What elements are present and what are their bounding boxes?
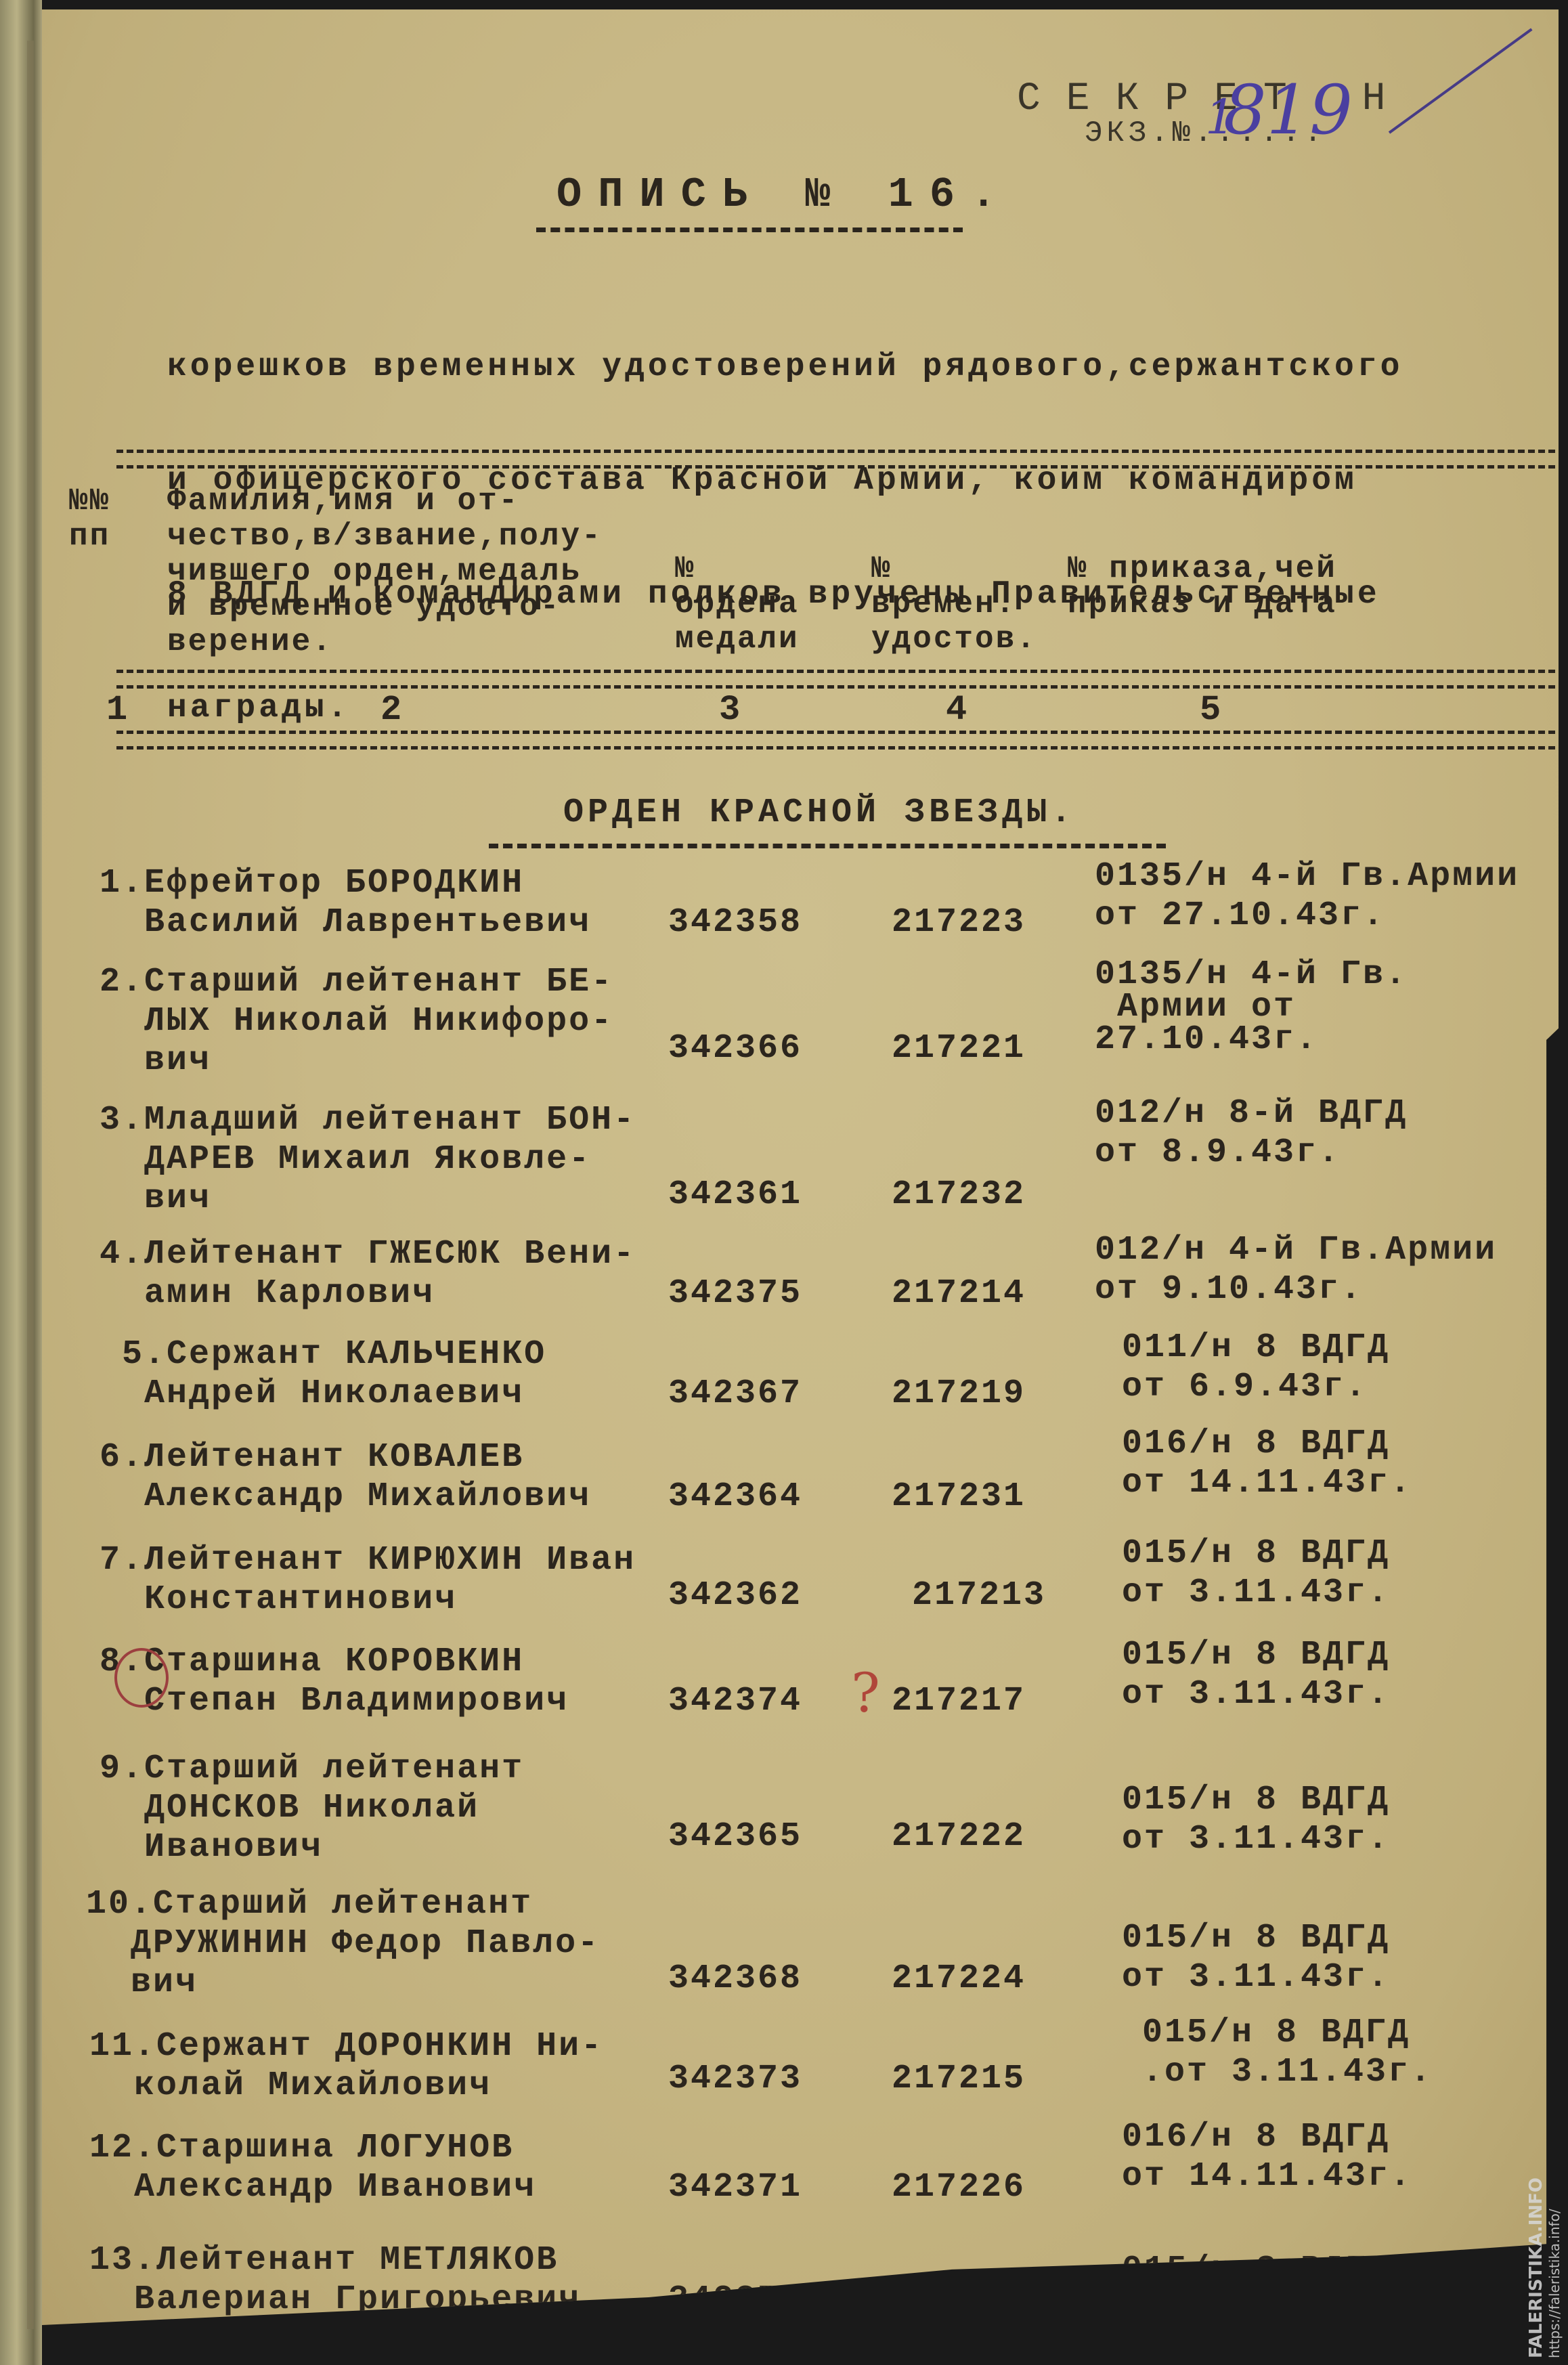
column-number-5: 5 (1200, 690, 1221, 730)
prikaz-reference: 015/н 8 ВДГД от 3.11.43г. (1122, 1919, 1568, 1997)
order-number: 342371 (668, 2168, 802, 2207)
order-number: 342361 (668, 1175, 802, 1215)
prikaz-reference: 015/н 8 ВДГД 3.11.43г. (1122, 2251, 1568, 2329)
prikaz-reference: 015/н 8 ВДГД от 3.11.43г. (1122, 1781, 1568, 1859)
order-number: 342365 (668, 1817, 802, 1857)
column-number-2: 2 (380, 690, 401, 730)
certificate-number: 217215 (892, 2060, 1026, 2099)
certificate-number: 217224 (892, 1959, 1026, 1999)
col-header-certificate-number: № времен. удостов. (871, 551, 1037, 657)
order-number: 342368 (668, 1959, 802, 1999)
certificate-number: 217225 (892, 2280, 1026, 2320)
order-number: 342370 (668, 2280, 802, 2320)
prikaz-reference: 016/н 8 ВДГД от 14.11.43г. (1122, 2118, 1568, 2196)
section-underline (489, 844, 1166, 848)
recipient-name: 4.Лейтенант ГЖЕСЮК Вени- амин Карлович (100, 1235, 722, 1314)
prikaz-reference: 015/н 8 ВДГД от 3.11.43г. (1122, 1534, 1568, 1613)
recipient-name: 1.Ефрейтор БОРОДКИН Василий Лаврентьевич (100, 864, 722, 942)
recipient-name: 6.Лейтенант КОВАЛЕВ Александр Михайлович (100, 1438, 722, 1517)
certificate-number: 217223 (892, 903, 1026, 942)
recipient-name: 11.Сержант ДОРОНКИН Ни- колай Михайлович (89, 2027, 712, 2106)
prikaz-reference: 012/н 4-й Гв.Армии от 9.10.43г. (1095, 1231, 1568, 1309)
order-number: 342367 (668, 1374, 802, 1414)
prikaz-reference: 016/н 8 ВДГД от 14.11.43г. (1122, 1425, 1568, 1503)
intro-line: корешков временных удостоверений рядовог… (167, 348, 1562, 386)
recipient-name: 5.Сержант КАЛЬЧЕНКО Андрей Николаевич (100, 1335, 722, 1414)
prikaz-reference: 0135/н 4-й Гв.Армии от 27.10.43г. (1095, 857, 1568, 936)
document-title: ОПИСЬ № 16. (557, 171, 1012, 219)
order-number: 342375 (668, 1274, 802, 1314)
order-number: 342373 (668, 2060, 802, 2099)
column-number-3: 3 (719, 690, 740, 730)
col-header-order-number: № ордена медали (675, 551, 800, 657)
order-number: 342358 (668, 903, 802, 942)
certificate-number: 217232 (892, 1175, 1026, 1215)
header-rule-top (116, 450, 1565, 469)
recipient-name: 8.Старшина КОРОВКИН Степан Владимирович (100, 1643, 722, 1721)
certificate-number: 217217 (892, 1682, 1026, 1721)
certificate-number: 217221 (892, 1029, 1026, 1068)
recipient-name: 12.Старшина ЛОГУНОВ Александр Иванович (89, 2129, 712, 2207)
recipient-name: 2.Старший лейтенант БЕ- ЛЫХ Николай Ники… (100, 963, 722, 1081)
recipient-name: 9.Старший лейтенант ДОНСКОВ Николай Иван… (100, 1750, 722, 1867)
recipient-name: 10.Старший лейтенант ДРУЖИНИН Федор Павл… (86, 1885, 709, 2003)
prikaz-reference: 011/н 8 ВДГД от 6.9.43г. (1122, 1328, 1568, 1407)
certificate-number: 217231 (892, 1477, 1026, 1517)
binding-edge (0, 0, 42, 2365)
order-number: 342374 (668, 1682, 802, 1721)
red-circle-mark (114, 1648, 169, 1708)
section-title: ОРДЕН КРАСНОЙ ЗВЕЗДЫ. (563, 794, 1075, 832)
certificate-number: 217219 (892, 1374, 1026, 1414)
recipient-name: 3.Младший лейтенант БОН- ДАРЕВ Михаил Як… (100, 1101, 722, 1219)
certificate-number: 217222 (892, 1817, 1026, 1857)
recipient-name: 13.Лейтенант МЕТЛЯКОВ Валериан Григорьев… (89, 2241, 712, 2320)
col-header-number: №№ пп (69, 483, 110, 554)
prikaz-reference: 015/н 8 ВДГД от 3.11.43г. (1122, 1636, 1568, 1714)
header-rule-middle (116, 670, 1565, 689)
certificate-number: 217213 (912, 1576, 1046, 1615)
intro-line: награды. (167, 689, 1562, 727)
question-mark-annotation: ? (851, 1662, 880, 1724)
order-number: 342362 (668, 1576, 802, 1615)
binding-crease (27, 41, 34, 2329)
header-rule-bottom (116, 731, 1565, 750)
certificate-number: 217214 (892, 1274, 1026, 1314)
site-watermark: FALERISTIKA.INFO https://faleristika.inf… (1526, 2177, 1563, 2358)
document-page: СЕКРЕТ Н ЭКЗ.№...... 1 819 ОПИСЬ № 16. к… (42, 9, 1559, 2325)
order-number: 342364 (668, 1477, 802, 1517)
column-number-1: 1 (106, 690, 127, 730)
prikaz-reference: 0135/н 4-й Гв. Армии от 27.10.43г. (1095, 959, 1568, 1056)
order-number: 342366 (668, 1029, 802, 1068)
col-header-name: Фамилия,имя и от- чество,в/звание,полу- … (167, 483, 603, 659)
column-number-4: 4 (946, 690, 967, 730)
title-underline (536, 227, 963, 232)
prikaz-reference: 015/н 8 ВДГД .от 3.11.43г. (1142, 2014, 1568, 2092)
recipient-name: 7.Лейтенант КИРЮХИН Иван Константинович (100, 1541, 722, 1620)
handwritten-document-number: 819 (1223, 70, 1353, 150)
prikaz-reference: 012/н 8-й ВДГД от 8.9.43г. (1095, 1094, 1568, 1173)
col-header-prikaz: № приказа,чей приказ и дата (1068, 551, 1337, 622)
certificate-number: 217226 (892, 2168, 1026, 2207)
